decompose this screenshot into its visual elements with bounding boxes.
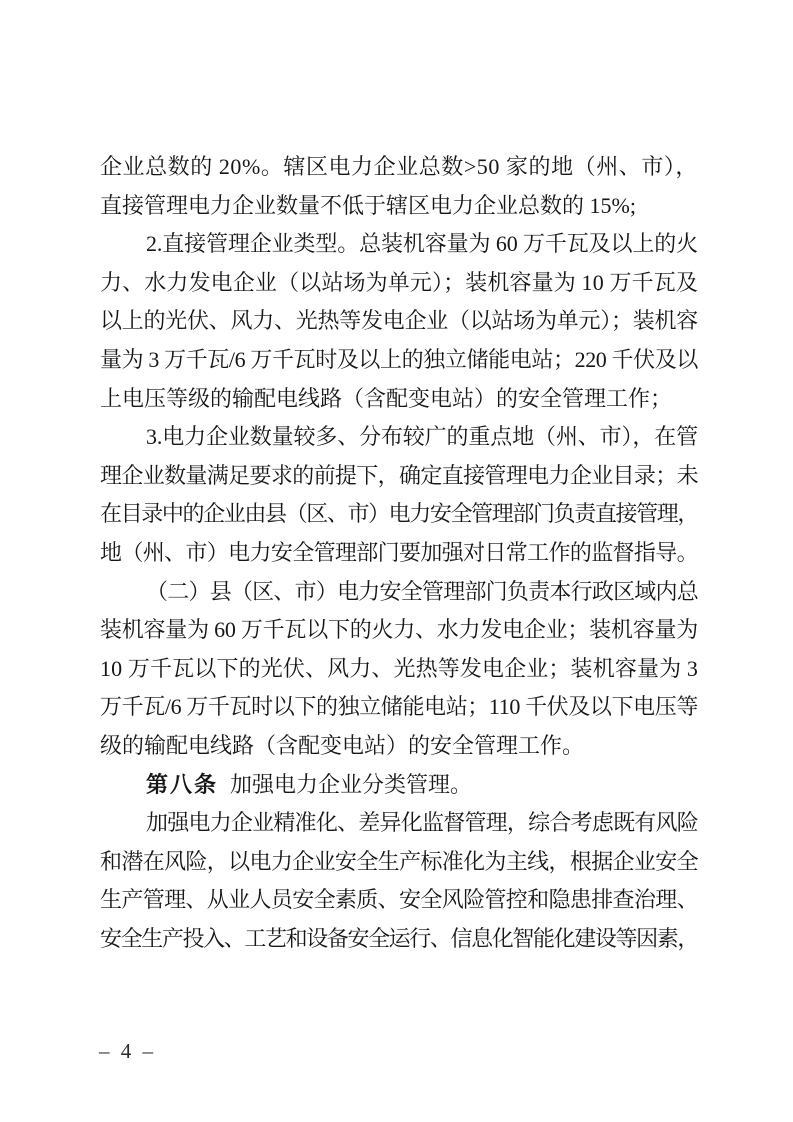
text-line-content: 第八条加强电力企业分类管理。 [146, 772, 472, 797]
text-line-content: 2.直接管理企业类型。总装机容量为 60 万千瓦及以上的火 [146, 231, 698, 256]
text-line-content: 理企业数量满足要求的前提下，确定直接管理电力企业目录；未 [100, 463, 698, 488]
text-line-content: 装机容量为 60 万千瓦以下的火力、水力发电企业；装机容量为 [100, 617, 698, 642]
text-line: 万千瓦/6 万千瓦时以下的独立储能电站；110 千伏及以下电压等 [100, 688, 698, 727]
text-line: 地（州、市）电力安全管理部门要加强对日常工作的监督指导。 [100, 534, 698, 573]
document-page: 企业总数的 20%。辖区电力企业总数>50 家的地（州、市），直接管理电力企业数… [0, 0, 793, 1122]
text-line-content: 直接管理电力企业数量不低于辖区电力企业总数的 15%; [100, 193, 636, 218]
text-line-content: 万千瓦/6 万千瓦时以下的独立储能电站；110 千伏及以下电压等 [100, 694, 698, 719]
text-line: 直接管理电力企业数量不低于辖区电力企业总数的 15%; [100, 187, 698, 226]
text-line-content: 量为 3 万千瓦/6 万千瓦时及以上的独立储能电站；220 千伏及以 [100, 347, 698, 372]
page-number: – 4 – [99, 1036, 156, 1066]
text-line: 2.直接管理企业类型。总装机容量为 60 万千瓦及以上的火 [146, 225, 698, 264]
text-line: 力、水力发电企业（以站场为单元）；装机容量为 10 万千瓦及 [100, 264, 698, 303]
text-line: 10 万千瓦以下的光伏、风力、光热等发电企业；装机容量为 3 [100, 650, 698, 689]
text-line-content: 级的输配电线路（含配变电站）的安全管理工作。 [100, 733, 584, 758]
text-line: 加强电力企业精准化、差异化监督管理，综合考虑既有风险 [146, 804, 698, 843]
text-line: （二）县（区、市）电力安全管理部门负责本行政区域内总 [146, 573, 698, 612]
text-line-content: 企业总数的 20%。辖区电力企业总数>50 家的地（州、市）， [100, 154, 698, 179]
text-line: 装机容量为 60 万千瓦以下的火力、水力发电企业；装机容量为 [100, 611, 698, 650]
text-line: 3.电力企业数量较多、分布较广的重点地（州、市），在管 [146, 418, 698, 457]
text-line-content: 力、水力发电企业（以站场为单元）；装机容量为 10 万千瓦及 [100, 270, 698, 295]
text-line-content: 以上的光伏、风力、光热等发电企业（以站场为单元）；装机容 [100, 308, 698, 333]
text-line: 以上的光伏、风力、光热等发电企业（以站场为单元）；装机容 [100, 302, 698, 341]
text-line: 量为 3 万千瓦/6 万千瓦时及以上的独立储能电站；220 千伏及以 [100, 341, 698, 380]
text-line: 上电压等级的输配电线路（含配变电站）的安全管理工作； [100, 380, 698, 419]
document-body: 企业总数的 20%。辖区电力企业总数>50 家的地（州、市），直接管理电力企业数… [100, 148, 698, 958]
text-line-content: 安全生产投入、工艺和设备安全运行、信息化智能化建设等因素， [100, 926, 698, 951]
text-line-content: 10 万千瓦以下的光伏、风力、光热等发电企业；装机容量为 3 [100, 656, 698, 681]
text-line-content: 生产管理、从业人员安全素质、安全风险管控和隐患排查治理、 [100, 887, 698, 912]
text-line: 第八条加强电力企业分类管理。 [146, 766, 698, 805]
text-line: 企业总数的 20%。辖区电力企业总数>50 家的地（州、市）， [100, 148, 698, 187]
text-line-content: （二）县（区、市）电力安全管理部门负责本行政区域内总 [146, 579, 698, 604]
text-line: 理企业数量满足要求的前提下，确定直接管理电力企业目录；未 [100, 457, 698, 496]
text-line-content: 和潜在风险，以电力企业安全生产标准化为主线，根据企业安全 [100, 849, 698, 874]
article-heading-label: 第八条 [146, 773, 218, 798]
text-line: 级的输配电线路（含配变电站）的安全管理工作。 [100, 727, 698, 766]
text-line-content: 在目录中的企业由县（区、市）电力安全管理部门负责直接管理， [100, 501, 698, 526]
text-line-content: 地（州、市）电力安全管理部门要加强对日常工作的监督指导。 [100, 540, 698, 565]
text-line: 生产管理、从业人员安全素质、安全风险管控和隐患排查治理、 [100, 881, 698, 920]
text-line: 和潜在风险，以电力企业安全生产标准化为主线，根据企业安全 [100, 843, 698, 882]
text-line: 在目录中的企业由县（区、市）电力安全管理部门负责直接管理， [100, 495, 698, 534]
text-line: 安全生产投入、工艺和设备安全运行、信息化智能化建设等因素， [100, 920, 698, 959]
text-line-content: 3.电力企业数量较多、分布较广的重点地（州、市），在管 [146, 424, 698, 449]
text-line-content: 上电压等级的输配电线路（含配变电站）的安全管理工作； [100, 386, 672, 411]
text-line-content: 加强电力企业精准化、差异化监督管理，综合考虑既有风险 [146, 810, 698, 835]
